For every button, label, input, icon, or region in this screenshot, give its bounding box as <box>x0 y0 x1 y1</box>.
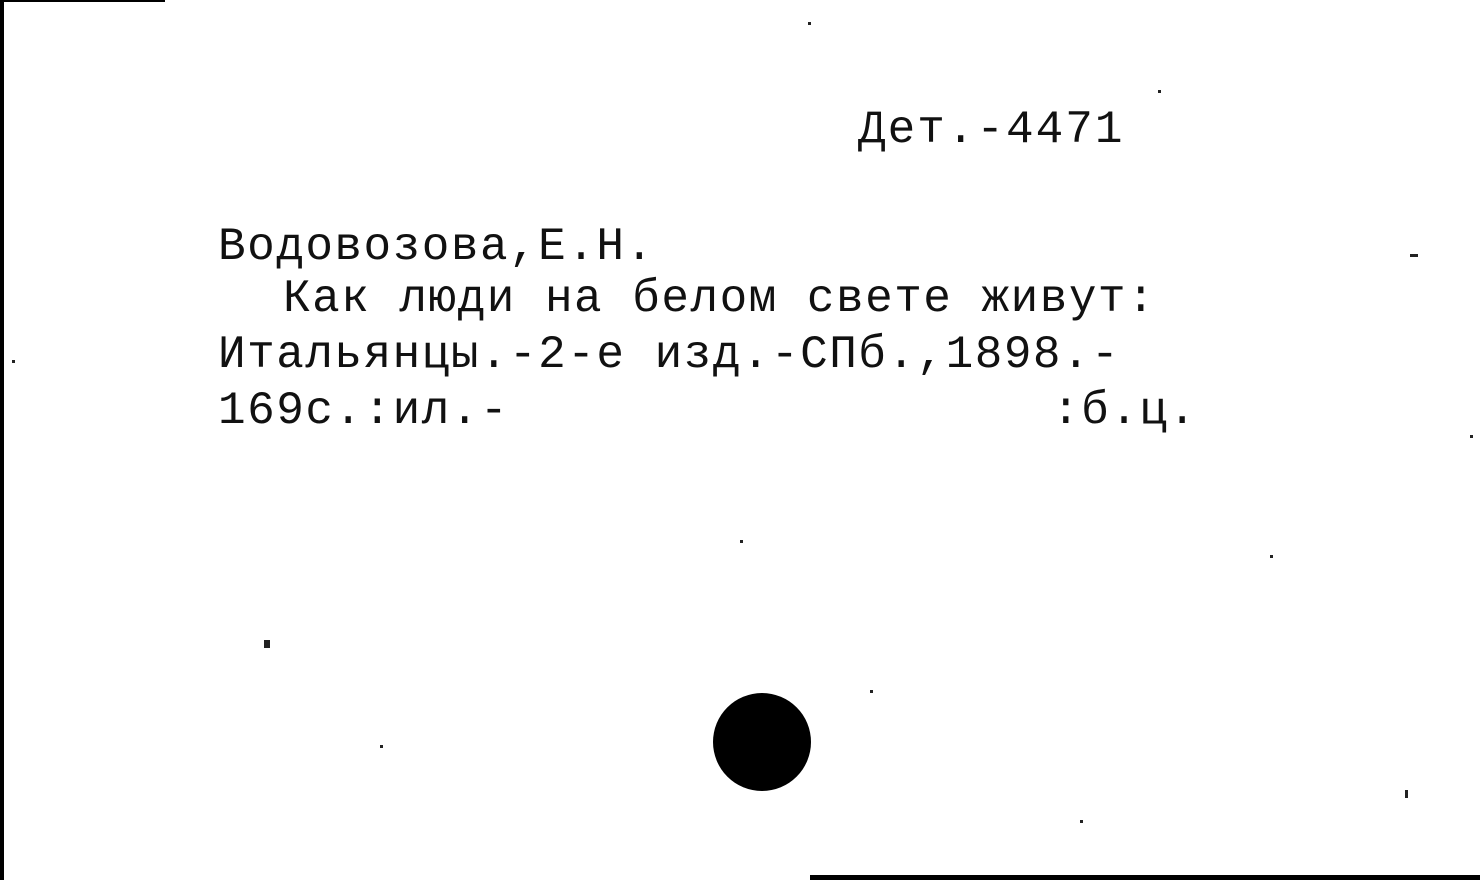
author-line: Водовозова,Е.Н. <box>218 224 655 270</box>
call-number: Дет.-4471 <box>858 104 1124 156</box>
card-top-edge <box>0 0 165 2</box>
scan-speck <box>1405 790 1408 798</box>
title-line: Как люди на белом свете живут: <box>283 276 1156 322</box>
catalog-card: Дет.-4471 Водовозова,Е.Н. Как люди на бе… <box>0 0 1480 880</box>
pages-line: 169с.:ил.- <box>218 388 509 434</box>
scan-speck <box>1270 555 1273 558</box>
edition-line: Итальянцы.-2-е изд.-СПб.,1898.- <box>218 332 1120 378</box>
scan-speck <box>808 22 811 25</box>
holdings-mark: :б.ц. <box>1052 388 1198 434</box>
scan-speck <box>1470 435 1473 438</box>
card-bottom-edge <box>810 875 1480 880</box>
card-left-edge <box>0 0 4 880</box>
scan-speck <box>870 690 873 693</box>
scan-speck <box>1158 90 1161 93</box>
scan-speck <box>1410 254 1418 257</box>
scan-speck <box>264 640 270 648</box>
punch-hole <box>713 693 811 791</box>
scan-speck <box>740 540 743 543</box>
scan-speck <box>12 360 15 363</box>
scan-speck <box>1080 820 1083 823</box>
scan-speck <box>380 745 383 748</box>
